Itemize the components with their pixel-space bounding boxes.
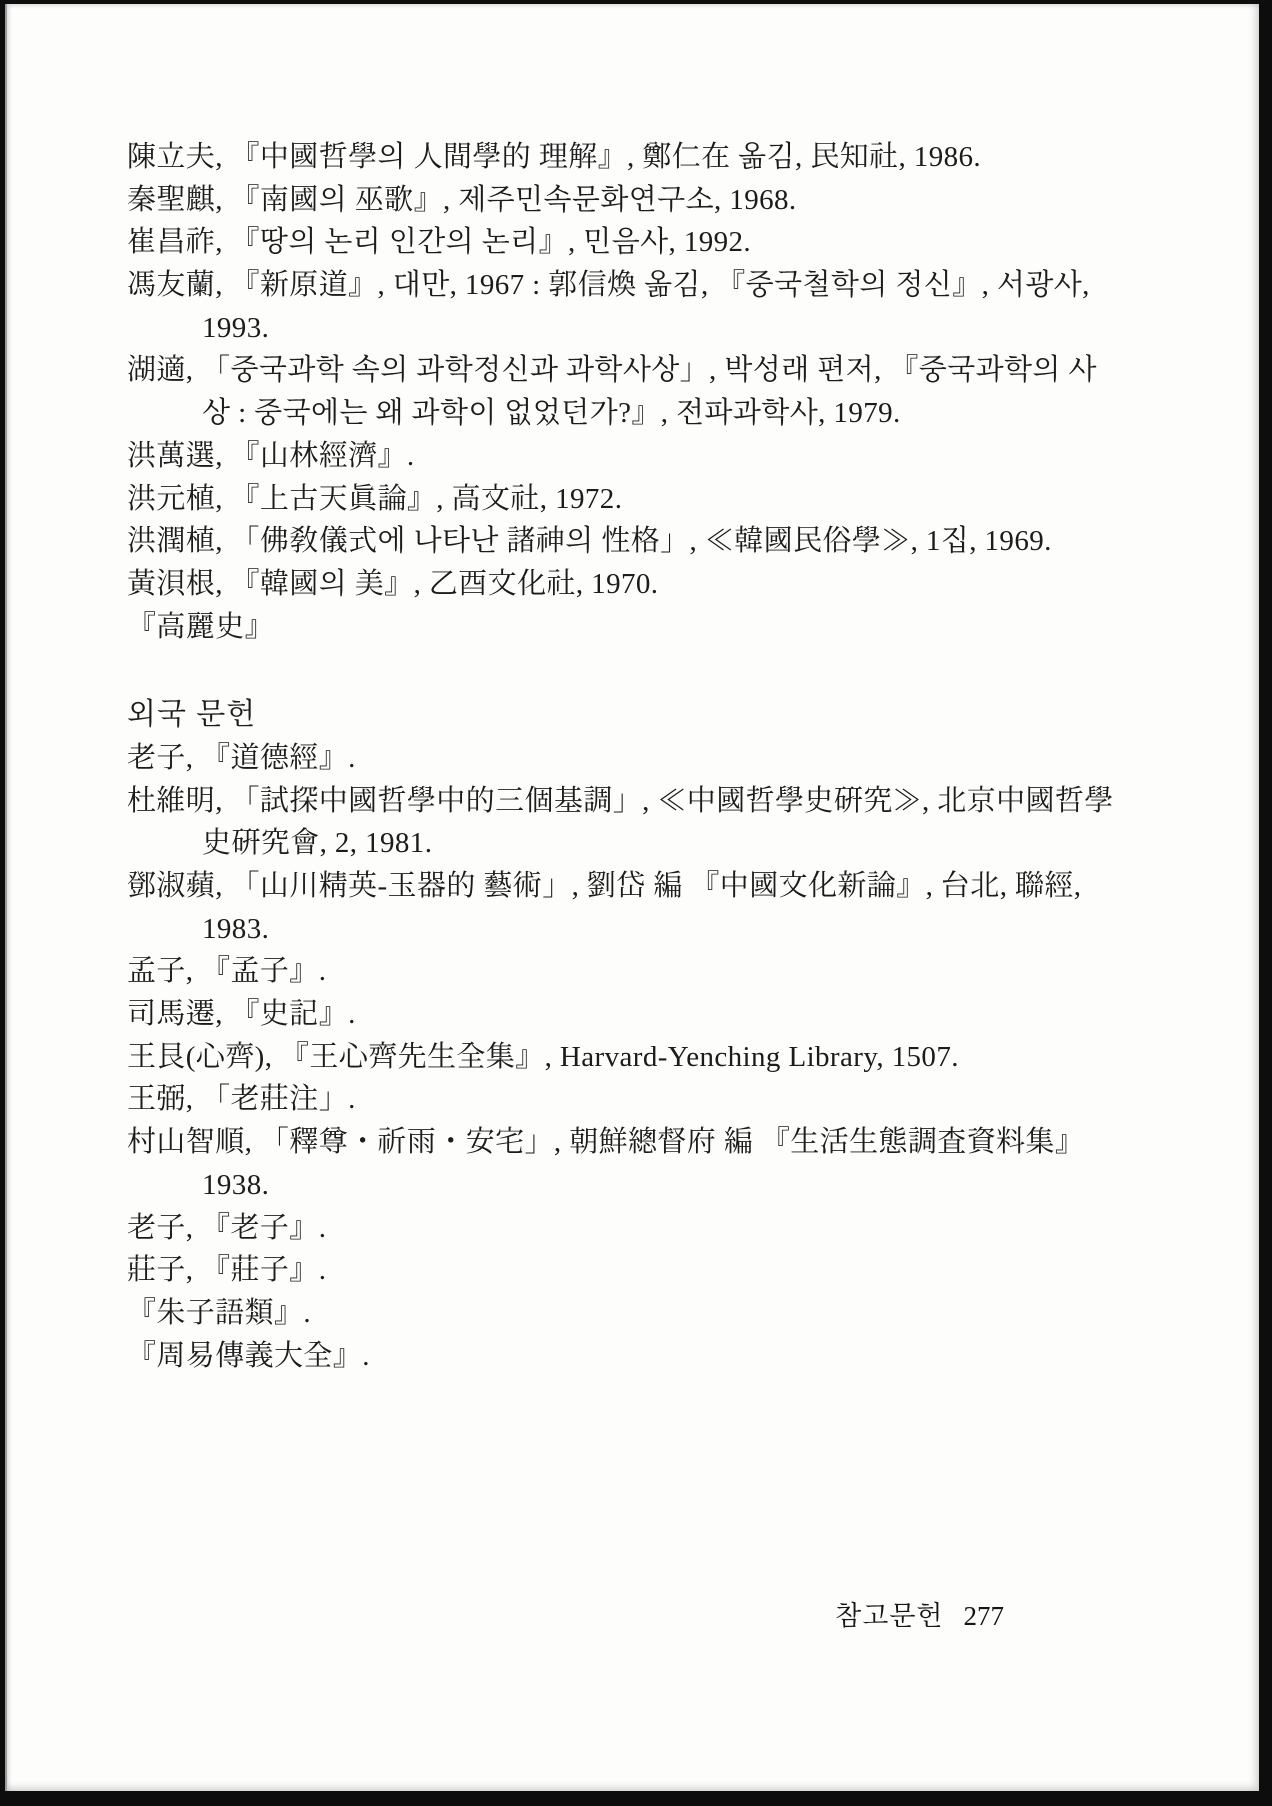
section-heading: 외국 문헌 (127, 694, 1087, 737)
scanned-page: 陳立夫, 『中國哲學의 人間學的 理解』, 鄭仁在 옮김, 民知社, 1986.… (0, 0, 1272, 1806)
reference-entry: 洪萬選, 『山林經濟』. (127, 435, 1087, 478)
page-footer: 참고문헌277 (835, 1594, 1004, 1633)
reference-entry: 黃浿根, 『韓國의 美』, 乙酉文化社, 1970. (127, 563, 1087, 606)
reference-entry: 『周易傳義大全』. (127, 1335, 1087, 1378)
reference-entry: 村山智順, 「釋尊・祈雨・安宅」, 朝鮮總督府 編 『生活生態調査資料集』 (127, 1121, 1087, 1164)
reference-entry: 孟子, 『孟子』. (127, 950, 1087, 993)
reference-entry: 王弼, 「老莊注」. (127, 1078, 1087, 1121)
reference-continuation-line: 1983. (127, 908, 1087, 951)
reference-continuation-line: 史硏究會, 2, 1981. (127, 822, 1087, 865)
page-paper: 陳立夫, 『中國哲學의 人間學的 理解』, 鄭仁在 옮김, 民知社, 1986.… (5, 4, 1259, 1791)
reference-entry: 馮友蘭, 『新原道』, 대만, 1967 : 郭信煥 옮김, 『중국철학의 정신… (127, 264, 1087, 307)
reference-entry: 湖適, 「중국과학 속의 과학정신과 과학사상」, 박성래 편저, 『중국과학의… (127, 349, 1087, 392)
reference-entry: 『高麗史』 (127, 606, 1087, 649)
reference-entry: 司馬遷, 『史記』. (127, 993, 1087, 1036)
reference-entry: 王艮(心齊), 『王心齊先生全集』, Harvard-Yenching Libr… (127, 1036, 1087, 1079)
page-number: 277 (964, 1601, 1005, 1631)
reference-continuation-line: 1993. (127, 307, 1087, 350)
reference-entry: 杜維明, 「試探中國哲學中的三個基調」, ≪中國哲學史硏究≫, 北京中國哲學 (127, 780, 1087, 823)
reference-continuation-line: 1938. (127, 1164, 1087, 1207)
reference-entry: 鄧淑蘋, 「山川精英-玉器的 藝術」, 劉岱 編 『中國文化新論』, 台北, 聯… (127, 865, 1087, 908)
reference-entry: 陳立夫, 『中國哲學의 人間學的 理解』, 鄭仁在 옮김, 民知社, 1986. (127, 136, 1087, 179)
reference-entry: 莊子, 『莊子』. (127, 1249, 1087, 1292)
reference-entry: 秦聖麒, 『南國의 巫歌』, 제주민속문화연구소, 1968. (127, 179, 1087, 222)
reference-entry: 崔昌祚, 『땅의 논리 인간의 논리』, 민음사, 1992. (127, 221, 1087, 264)
footer-section-label: 참고문헌 (835, 1601, 943, 1631)
reference-entry: 老子, 『老子』. (127, 1207, 1087, 1250)
bibliography-list: 陳立夫, 『中國哲學의 人間學的 理解』, 鄭仁在 옮김, 民知社, 1986.… (127, 136, 1087, 1377)
reference-entry: 洪潤植, 「佛敎儀式에 나타난 諸神의 性格」, ≪韓國民俗學≫, 1집, 19… (127, 520, 1087, 563)
reference-entry: 『朱子語類』. (127, 1292, 1087, 1335)
reference-continuation-line: 상 : 중국에는 왜 과학이 없었던가?』, 전파과학사, 1979. (127, 392, 1087, 435)
reference-entry: 洪元植, 『上古天眞論』, 高文社, 1972. (127, 478, 1087, 521)
reference-entry: 老子, 『道德經』. (127, 737, 1087, 780)
